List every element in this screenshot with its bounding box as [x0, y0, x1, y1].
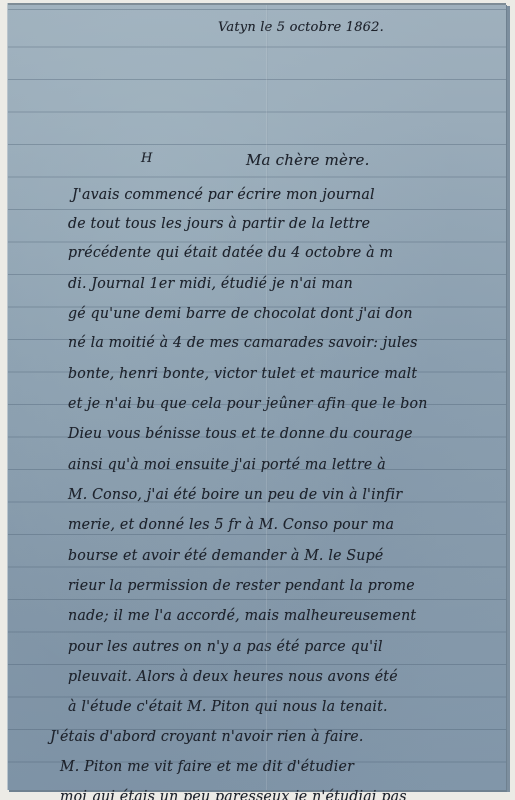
letter-line: précédente qui était datée du 4 octobre …	[68, 245, 498, 261]
letter-line: merie, et donné les 5 fr à M. Conso pour…	[68, 517, 498, 533]
letter-line: moi qui étais un peu paresseux je n'étud…	[60, 789, 490, 800]
dateline: Vatyn le 5 octobre 1862.	[218, 20, 384, 35]
letter-line: pour les autres on n'y a pas été parce q…	[68, 639, 498, 655]
letter-paper: Vatyn le 5 octobre 1862. H Ma chère mère…	[8, 3, 506, 790]
letter-line: J'avais commencé par écrire mon journal	[72, 187, 502, 203]
letter-line: M. Conso, j'ai été boire un peu de vin à…	[68, 487, 498, 503]
letter-line: bonte, henri bonte, victor tulet et maur…	[68, 366, 498, 382]
letter-line: ainsi qu'à moi ensuite j'ai porté ma let…	[68, 457, 498, 473]
cross-mark: H	[141, 151, 153, 166]
letter-line: de tout tous les jours à partir de la le…	[68, 216, 498, 232]
letter-line: nade; il me l'a accordé, mais malheureus…	[68, 608, 498, 624]
letter-line: gé qu'une demi barre de chocolat dont j'…	[68, 306, 498, 322]
salutation: Ma chère mère.	[246, 151, 370, 169]
letter-line: né la moitié à 4 de mes camarades savoir…	[68, 335, 498, 351]
letter-line: rieur la permission de rester pendant la…	[68, 578, 498, 594]
letter-line: Dieu vous bénisse tous et te donne du co…	[68, 426, 498, 442]
scanned-page: Vatyn le 5 octobre 1862. H Ma chère mère…	[0, 0, 515, 800]
letter-line: à l'étude c'était M. Piton qui nous la t…	[68, 699, 498, 715]
letter-line: di. Journal 1er midi, étudié je n'ai man	[68, 276, 498, 292]
letter-line: bourse et avoir été demander à M. le Sup…	[68, 548, 498, 564]
letter-line: et je n'ai bu que cela pour jeûner afin …	[68, 396, 498, 412]
letter-line: J'étais d'abord croyant n'avoir rien à f…	[50, 729, 480, 745]
letter-line: pleuvait. Alors à deux heures nous avons…	[68, 669, 498, 685]
letter-line: M. Piton me vit faire et me dit d'étudie…	[60, 759, 490, 775]
